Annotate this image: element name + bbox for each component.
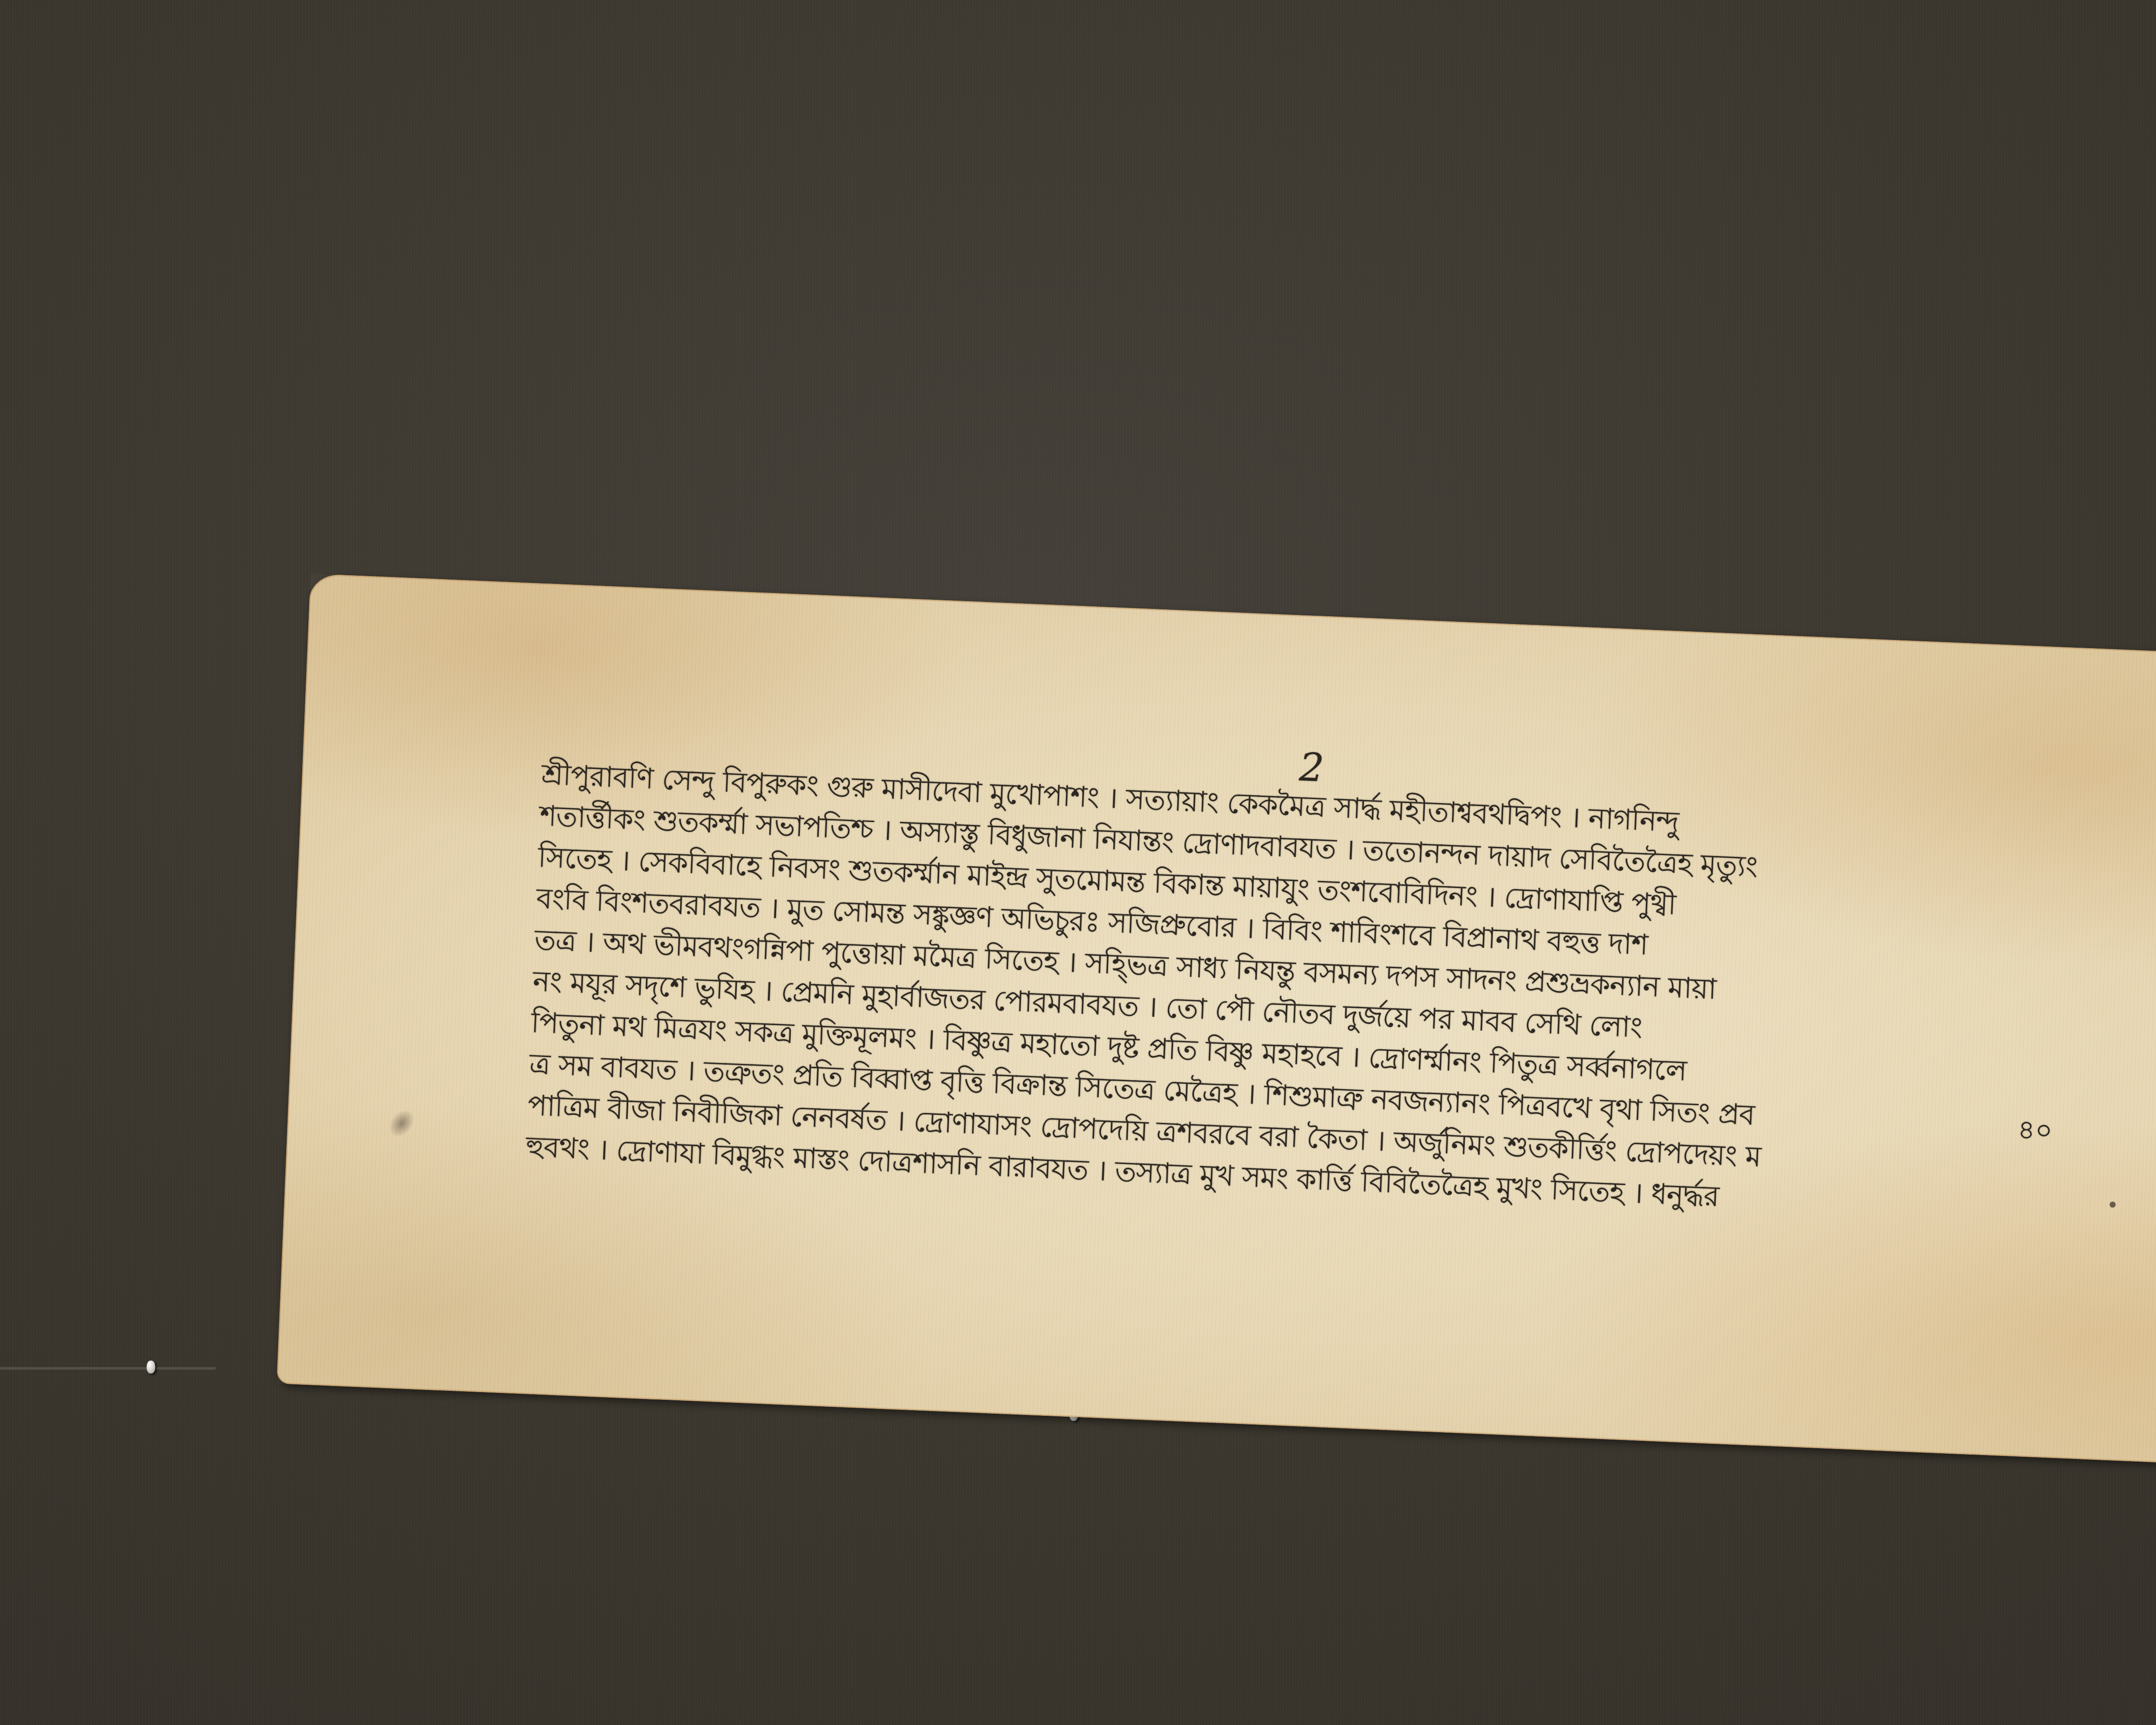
- manuscript-text-block: শ্রীপুরাবণি সেন্দু বিপুরুকং গুরু মাসীদেব…: [525, 754, 2024, 1229]
- superscript-annotation: 2: [1298, 744, 1325, 790]
- folio-number: ৪০: [2017, 1109, 2053, 1155]
- mounting-pin: [147, 1361, 155, 1374]
- pin-thread: [0, 1367, 216, 1370]
- manuscript-folio: 2 শ্রীপুরাবণি সেন্দু বিপুরুকং গুরু মাসীদ…: [276, 574, 2156, 1464]
